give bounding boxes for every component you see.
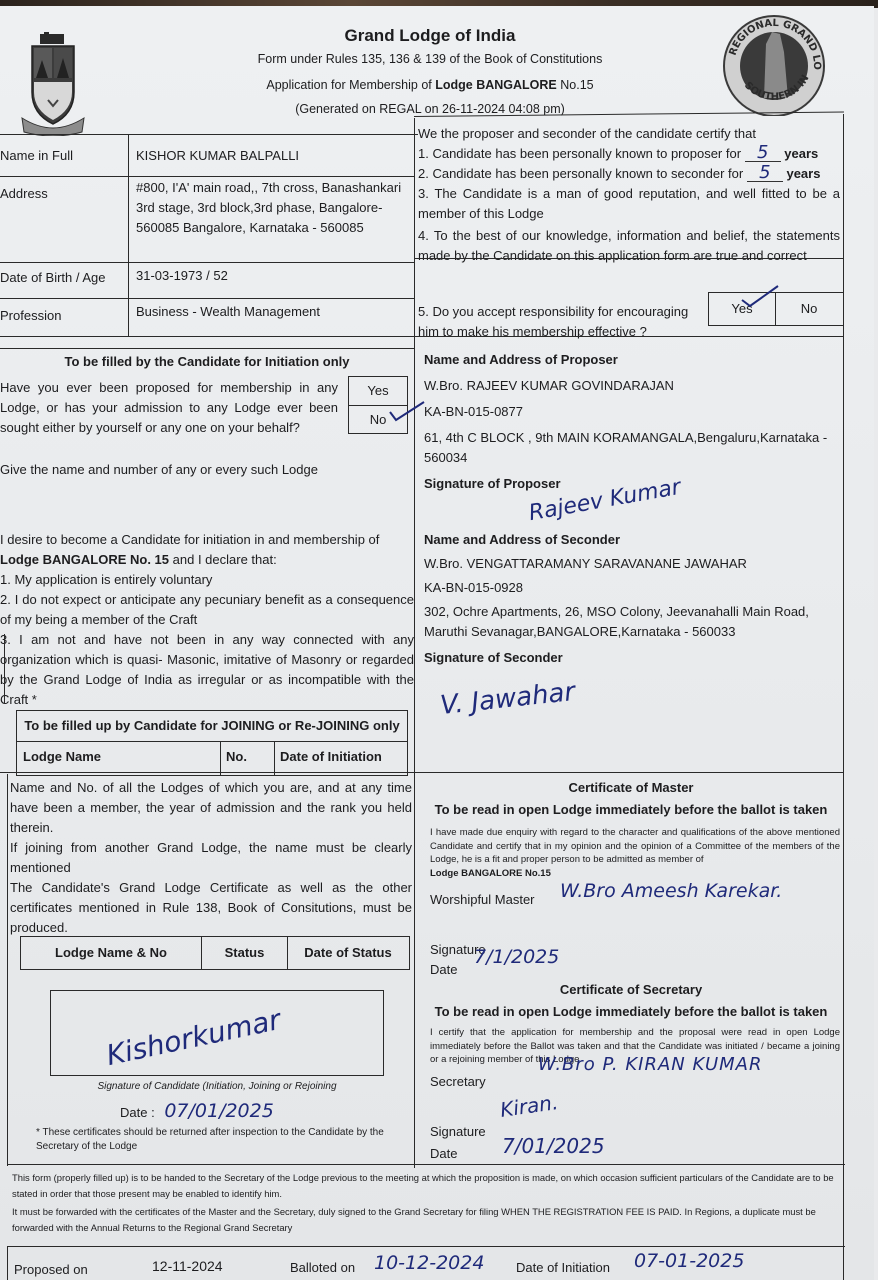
certify-item-1: 1. Candidate has been personally known t… xyxy=(418,144,840,164)
name-label: Name in Full xyxy=(0,146,73,166)
column-header: Status xyxy=(202,937,287,969)
secretary-signature-label: Signature xyxy=(430,1122,486,1142)
master-cert-body: I have made due enquiry with regard to t… xyxy=(430,826,840,880)
application-line: Application for Membership of Lodge BANG… xyxy=(200,78,660,92)
master-cert-subheading: To be read in open Lodge immediately bef… xyxy=(424,802,838,817)
divider xyxy=(0,176,414,177)
column-header: Date of Status xyxy=(288,937,408,969)
candidate-profession: Business - Wealth Management xyxy=(136,302,320,322)
divider xyxy=(0,262,414,263)
column-header: No. xyxy=(226,742,272,772)
proposer-name: W.Bro. RAJEEV KUMAR GOVINDARAJAN xyxy=(424,376,838,396)
seconder-block: Name and Address of Seconder W.Bro. VENG… xyxy=(424,530,838,668)
declaration-block: I desire to become a Candidate for initi… xyxy=(0,530,414,710)
balloted-on-label: Balloted on xyxy=(290,1258,355,1278)
membership-application-form: Grand Lodge of India Form under Rules 13… xyxy=(0,6,874,1280)
lodges-history-text: Name and No. of all the Lodges of which … xyxy=(10,778,412,938)
form-subtitle: Form under Rules 135, 136 & 139 of the B… xyxy=(200,52,660,66)
check-mark-icon xyxy=(740,284,784,310)
lodges-history-table: Lodge Name & No Status Date of Status xyxy=(20,936,410,970)
left-border xyxy=(7,774,8,1166)
column-header: Date of Initiation xyxy=(280,742,406,772)
divider xyxy=(128,134,129,336)
center-divider xyxy=(414,118,415,1168)
date-of-initiation-label: Date of Initiation xyxy=(516,1258,610,1278)
dob-label: Date of Birth / Age xyxy=(0,268,106,288)
secretary-date-label: Date xyxy=(430,1144,457,1164)
master-date-label: Date xyxy=(430,960,457,980)
certify-block: We the proposer and seconder of the cand… xyxy=(418,124,840,266)
address-label: Address xyxy=(0,184,48,204)
grand-lodge-crest-icon xyxy=(20,32,86,136)
proposed-on-label: Proposed on xyxy=(14,1260,88,1280)
proposer-block: Name and Address of Proposer W.Bro. RAJE… xyxy=(424,350,838,494)
divider xyxy=(414,258,844,259)
seconder-years-field[interactable]: 5 xyxy=(747,165,783,182)
form-title: Grand Lodge of India xyxy=(250,26,610,46)
initiation-heading: To be filled by the Candidate for Initia… xyxy=(0,352,414,372)
divider xyxy=(7,1164,845,1165)
proposer-years-field[interactable]: 5 xyxy=(745,145,781,162)
balloted-on-date: 10-12-2024 xyxy=(374,1252,484,1274)
certify-item-2: 2. Candidate has been personally known t… xyxy=(418,164,840,184)
seconder-signature: V. Jawahar xyxy=(439,677,577,721)
date-of-initiation: 07-01-2025 xyxy=(634,1250,744,1272)
declaration-item: 1. My application is entirely voluntary xyxy=(0,570,414,590)
divider xyxy=(0,336,414,337)
responsibility-no-checkbox[interactable]: No xyxy=(776,293,842,325)
seconder-signature-label: Signature of Seconder xyxy=(424,648,838,668)
declaration-item: 3. I am not and have not been in any way… xyxy=(0,630,414,710)
give-lodge-name-label: Give the name and number of any or every… xyxy=(0,460,318,480)
proposer-reg-no: KA-BN-015-0877 xyxy=(424,402,838,422)
worshipful-master-label: Worshipful Master xyxy=(430,890,535,910)
proposed-on-date: 12-11-2024 xyxy=(152,1258,223,1274)
check-mark-icon xyxy=(388,398,428,424)
proposer-heading: Name and Address of Proposer xyxy=(424,350,838,370)
seconder-address: 302, Ochre Apartments, 26, MSO Colony, J… xyxy=(424,602,838,642)
footer-note-1: This form (properly filled up) is to be … xyxy=(12,1170,842,1202)
candidate-date-row: Date : 07/01/2025 xyxy=(120,1100,274,1122)
joining-heading: To be filled up by Candidate for JOINING… xyxy=(17,711,407,741)
certificates-note: * These certificates should be returned … xyxy=(36,1126,412,1154)
worshipful-master-name: W.Bro Ameesh Karekar. xyxy=(560,880,782,902)
divider xyxy=(7,1246,845,1247)
seconder-heading: Name and Address of Seconder xyxy=(424,530,838,550)
candidate-name: KISHOR KUMAR BALPALLI xyxy=(136,146,299,166)
declaration-item: 2. I do not expect or anticipate any pec… xyxy=(0,590,414,630)
master-cert-heading: Certificate of Master xyxy=(424,778,838,798)
profession-label: Profession xyxy=(0,306,61,326)
candidate-signature-box[interactable]: Kishorkumar xyxy=(50,990,384,1076)
footer-note-2: It must be forwarded with the certificat… xyxy=(12,1204,842,1236)
secretary-signature: Kiran. xyxy=(499,1090,560,1122)
joining-table: To be filled up by Candidate for JOINING… xyxy=(16,710,408,776)
master-sign-date: 7/1/2025 xyxy=(474,946,559,968)
proposer-address: 61, 4th C BLOCK , 9th MAIN KORAMANGALA,B… xyxy=(424,428,838,468)
secretary-name: W.Bro P. KIRAN KUMAR xyxy=(538,1054,763,1075)
secretary-sign-date: 7/01/2025 xyxy=(502,1134,605,1158)
seconder-reg-no: KA-BN-015-0928 xyxy=(424,578,838,598)
candidate-signature: Kishorkumar xyxy=(104,1003,284,1072)
secretary-label: Secretary xyxy=(430,1072,486,1092)
initiation-question: Have you ever been proposed for membersh… xyxy=(0,378,338,438)
candidate-dob: 31-03-1973 / 52 xyxy=(136,266,228,286)
column-header: Lodge Name & No xyxy=(21,937,201,969)
candidate-sign-date: 07/01/2025 xyxy=(164,1100,274,1122)
right-border xyxy=(843,114,844,1166)
column-header: Lodge Name xyxy=(23,742,219,772)
divider xyxy=(414,336,844,337)
divider xyxy=(0,134,418,135)
divider xyxy=(0,348,414,349)
secretary-cert-subheading: To be read in open Lodge immediately bef… xyxy=(424,1004,838,1019)
candidate-signature-caption: Signature of Candidate (Initiation, Join… xyxy=(50,1080,384,1094)
divider xyxy=(0,298,414,299)
certify-intro: We the proposer and seconder of the cand… xyxy=(418,124,840,144)
candidate-address: #800, I'A' main road,, 7th cross, Banash… xyxy=(136,178,412,238)
seconder-name: W.Bro. VENGATTARAMANY SARAVANANE JAWAHAR xyxy=(424,554,838,574)
certify-item-4: 4. To the best of our knowledge, informa… xyxy=(418,226,840,266)
regional-grand-lodge-seal-icon: REGIONAL GRAND LODGE SOUTHERN INDIA xyxy=(714,12,834,116)
divider xyxy=(0,772,844,773)
secretary-cert-heading: Certificate of Secretary xyxy=(424,980,838,1000)
certify-item-3: 3. The Candidate is a man of good reputa… xyxy=(418,184,840,224)
